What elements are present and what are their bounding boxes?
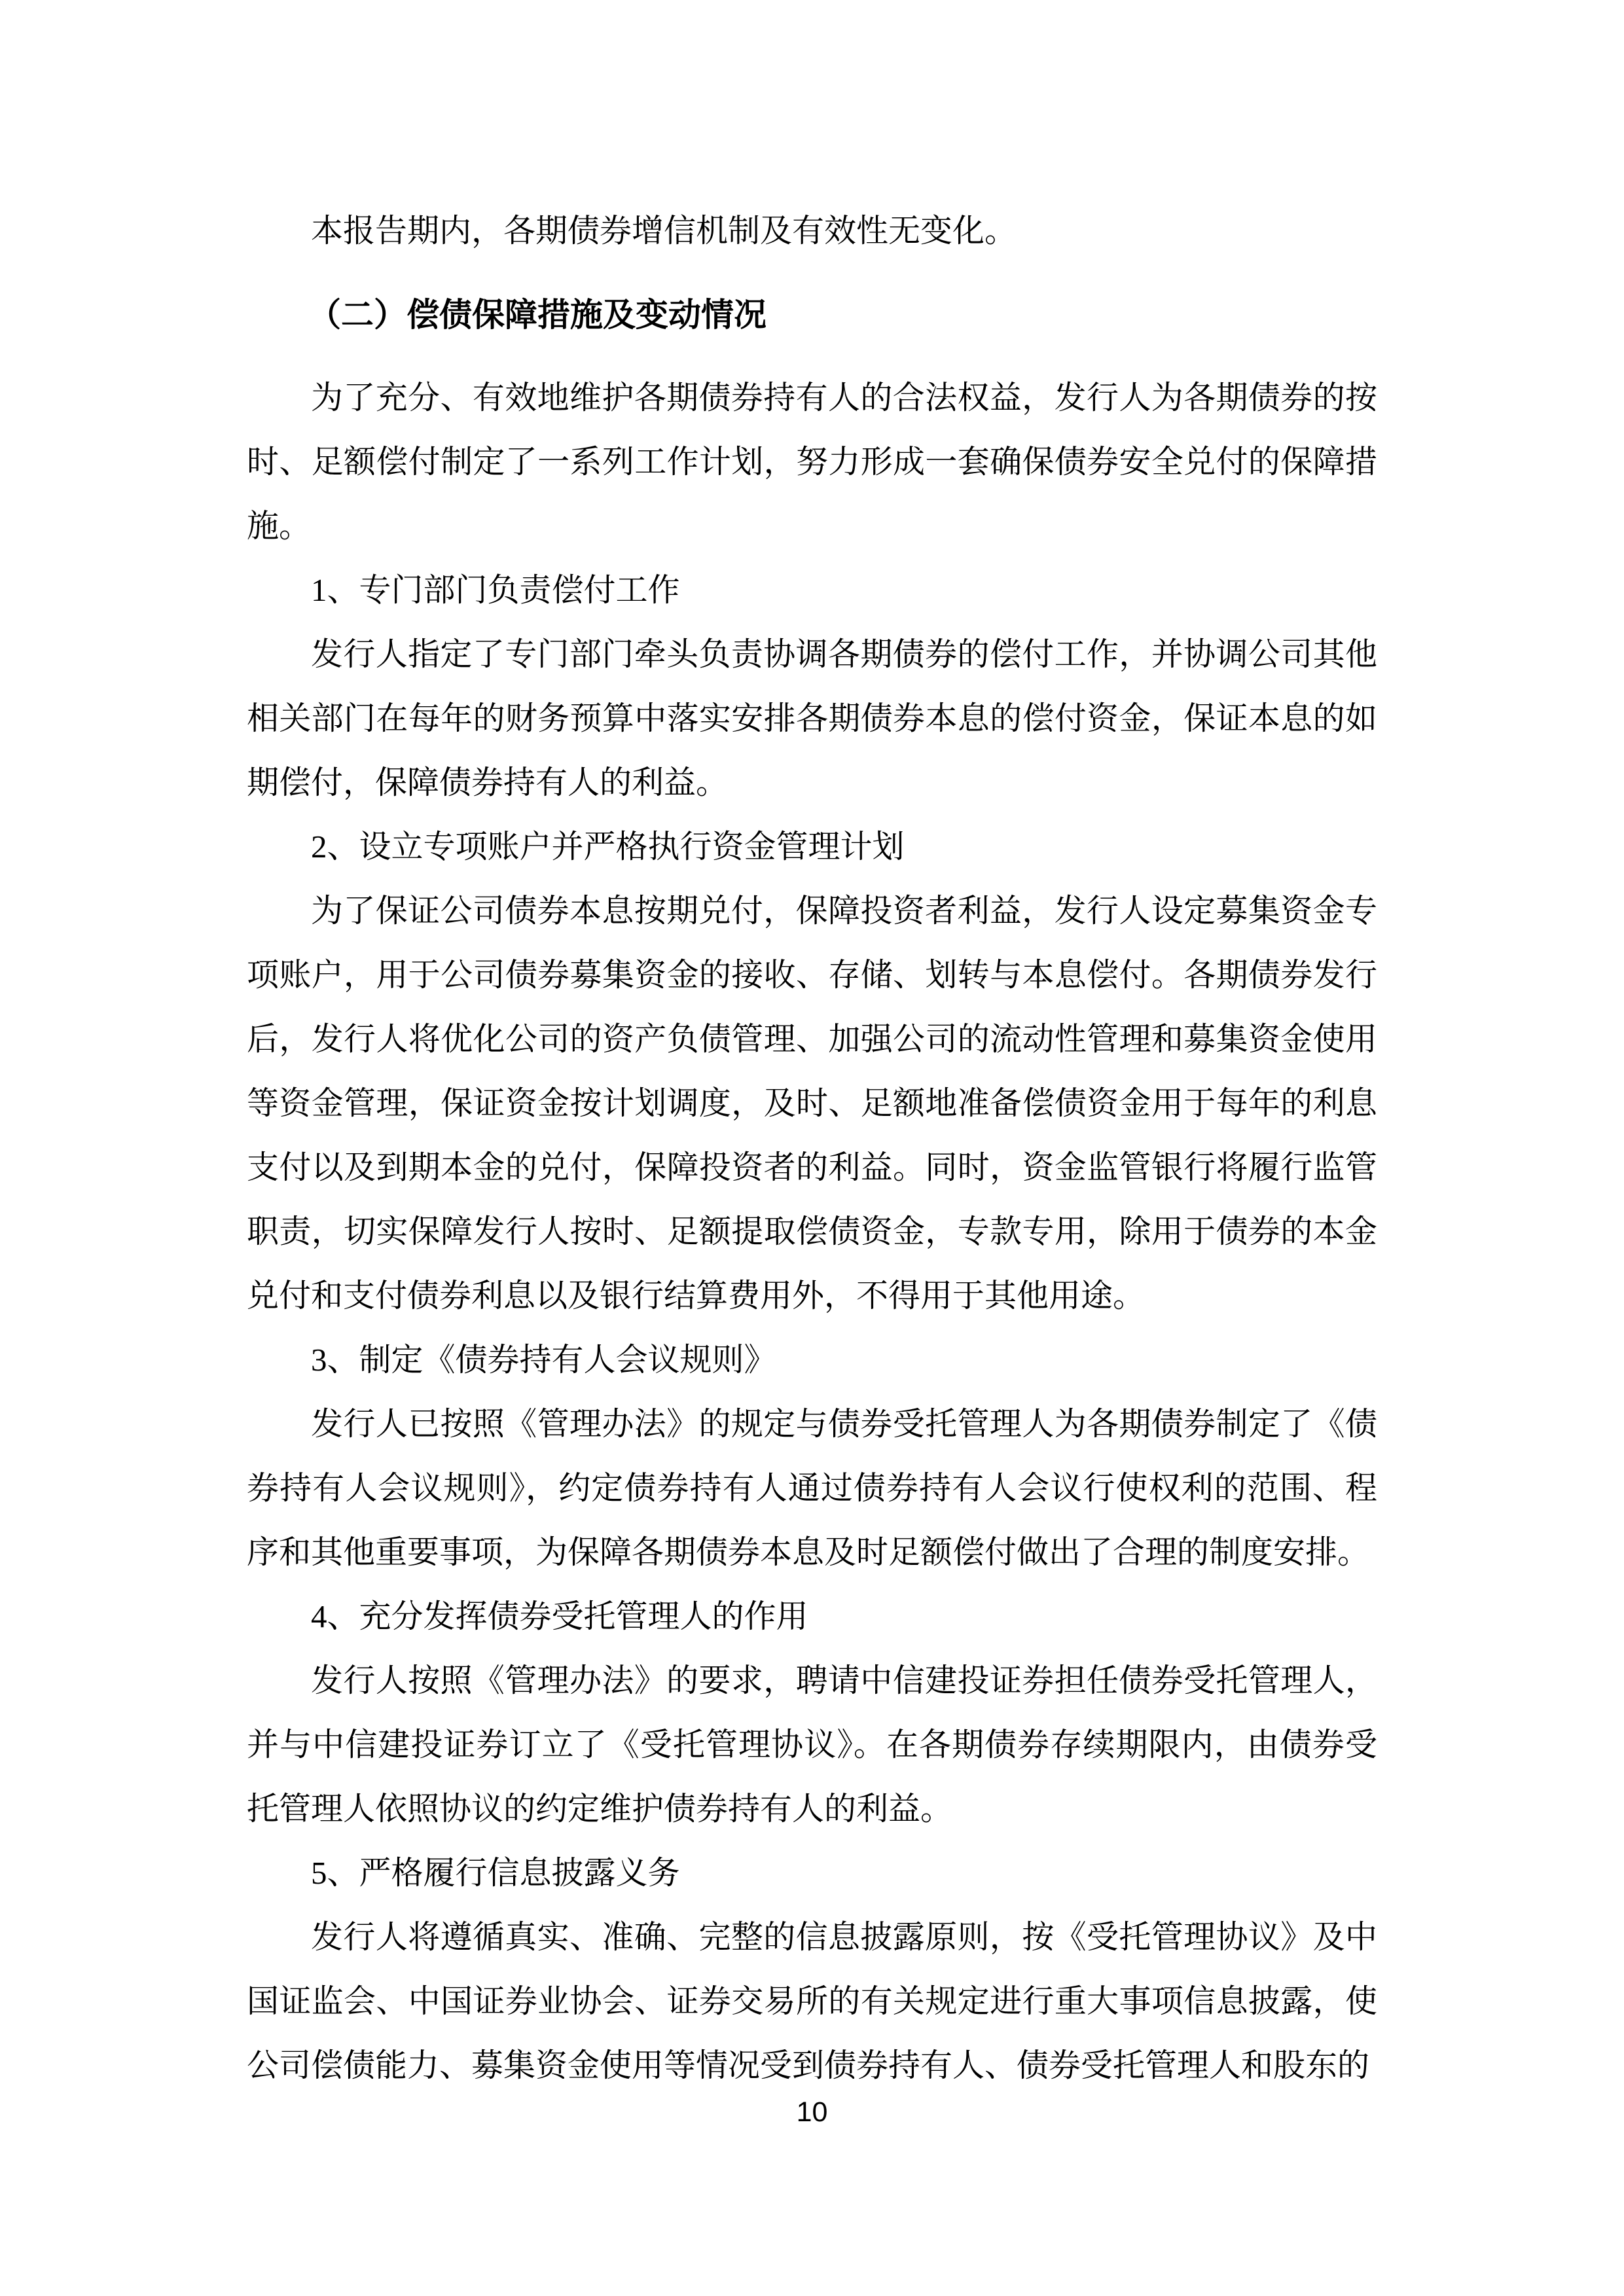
document-page: 本报告期内，各期债券增信机制及有效性无变化。 （二）偿债保障措施及变动情况 为了… bbox=[0, 0, 1624, 2296]
paragraph-item-3-detail: 发行人已按照《管理办法》的规定与债券受托管理人为各期债券制定了《债券持有人会议规… bbox=[247, 1392, 1377, 1585]
item-heading-5-information-disclosure: 5、严格履行信息披露义务 bbox=[247, 1841, 1377, 1905]
item-heading-2-special-account: 2、设立专项账户并严格执行资金管理计划 bbox=[247, 815, 1377, 879]
item-heading-4-trustee-role: 4、充分发挥债券受托管理人的作用 bbox=[247, 1585, 1377, 1649]
paragraph-credit-enhancement: 本报告期内，各期债券增信机制及有效性无变化。 bbox=[247, 199, 1377, 263]
item-heading-3-bondholder-meeting-rules: 3、制定《债券持有人会议规则》 bbox=[247, 1328, 1377, 1392]
page-footer: 10 bbox=[0, 2096, 1624, 2128]
document-body: 本报告期内，各期债券增信机制及有效性无变化。 （二）偿债保障措施及变动情况 为了… bbox=[247, 199, 1377, 2098]
paragraph-item-2-detail: 为了保证公司债券本息按期兑付，保障投资者利益，发行人设定募集资金专项账户，用于公… bbox=[247, 879, 1377, 1328]
page-number: 10 bbox=[797, 2096, 828, 2128]
paragraph-item-4-detail: 发行人按照《管理办法》的要求，聘请中信建投证券担任债券受托管理人，并与中信建投证… bbox=[247, 1649, 1377, 1841]
paragraph-item-5-detail: 发行人将遵循真实、准确、完整的信息披露原则，按《受托管理协议》及中国证监会、中国… bbox=[247, 1905, 1377, 2098]
paragraph-item-1-detail: 发行人指定了专门部门牵头负责协调各期债券的偿付工作，并协调公司其他相关部门在每年… bbox=[247, 622, 1377, 815]
paragraph-work-plan: 为了充分、有效地维护各期债券持有人的合法权益，发行人为各期债券的按时、足额偿付制… bbox=[247, 366, 1377, 558]
section-heading-repayment-safeguards: （二）偿债保障措施及变动情况 bbox=[247, 283, 1377, 347]
item-heading-1-dedicated-department: 1、专门部门负责偿付工作 bbox=[247, 558, 1377, 622]
